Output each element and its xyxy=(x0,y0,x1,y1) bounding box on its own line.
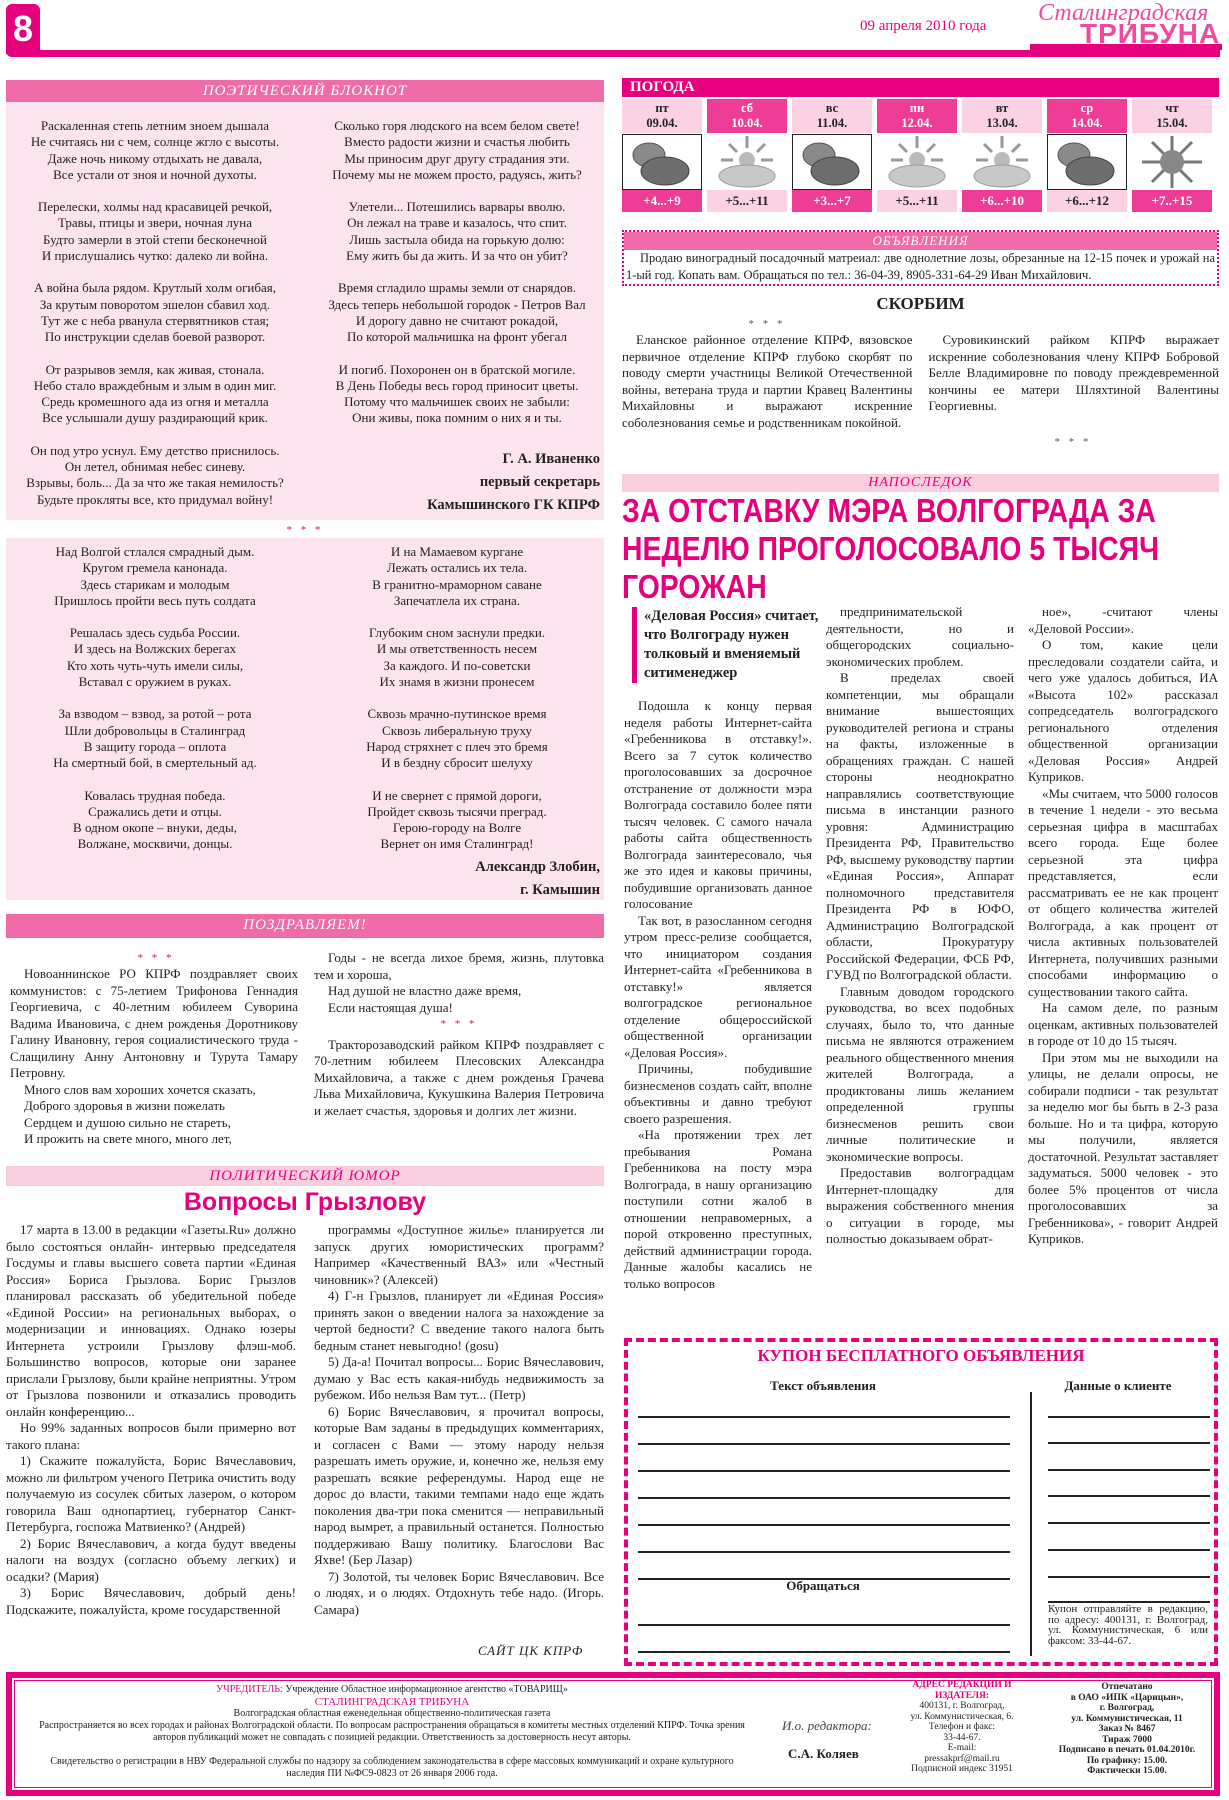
header-rule xyxy=(6,50,1220,57)
weather-temperature: +5...+11 xyxy=(707,190,787,212)
poem-stanza: От разрывов земля, как живая, стонала.Не… xyxy=(10,362,300,427)
address-line: 33-44-67. xyxy=(892,1733,1032,1744)
paragraph: 3) Борис Вячеславович, добрый день! Подс… xyxy=(6,1585,296,1618)
coupon-client-line[interactable] xyxy=(1048,1469,1210,1471)
weather-day-header: вт13.04. xyxy=(962,99,1042,133)
separator-stars: * * * xyxy=(6,524,604,536)
founder-label: УЧРЕДИТЕЛЬ: xyxy=(216,1684,283,1695)
article-column-1: Подошла к концу первая неделя работы Инт… xyxy=(624,698,812,1292)
poem-line: Травы, птицы и звери, ночная луна xyxy=(58,215,252,230)
paragraph: ное», -считают члены «Деловой России». xyxy=(1028,604,1218,637)
poem-stanza: И погиб. Похоронен он в братской могиле.… xyxy=(312,362,602,427)
separator-stars: * * * xyxy=(622,318,912,330)
poem-stanza: Решалась здесь судьба России.И здесь на … xyxy=(10,625,300,690)
section-title-ads: ОБЪЯВЛЕНИЯ xyxy=(624,232,1217,250)
poem-stanza: Ковалась трудная победа.Сражались дети и… xyxy=(10,788,300,853)
poem-line: Пришлось пройти весь путь солдата xyxy=(54,593,256,608)
poem-line: Перелески, холмы над красавицей речкой, xyxy=(38,199,272,214)
poem-line: Решалась здесь судьба России. xyxy=(70,625,240,640)
weather-title: ПОГОДА xyxy=(622,78,1219,97)
paragraph: На самом деле, по разным оценкам, активн… xyxy=(1028,1000,1218,1050)
weekday: чт xyxy=(1132,101,1212,116)
poem-line: И погиб. Похоронен он в братской могиле. xyxy=(339,362,576,377)
poem-line: Шли добровольцы в Сталинград xyxy=(65,723,246,738)
poem-line: Здесь старикам и молодым xyxy=(81,577,230,592)
poem-line: Лежать остались их тела. xyxy=(387,560,527,575)
poem-line: И на Мамаевом кургане xyxy=(391,544,523,559)
verse-line: Годы - не всегда лихое бремя, жизнь, плу… xyxy=(314,950,604,983)
article-headline: ЗА ОТСТАВКУ МЭРА ВОЛГОГРАДА ЗА НЕДЕЛЮ ПР… xyxy=(622,492,1215,606)
verse-line: Над душой не властно даже время, xyxy=(314,983,604,1000)
humor-headline: Вопросы Грызлову xyxy=(6,1188,604,1217)
print-info-line: Тираж 7000 xyxy=(1042,1735,1212,1746)
poem-stanza: Он под утро уснул. Ему детство приснилос… xyxy=(10,443,300,508)
coupon-contact-line[interactable] xyxy=(638,1651,1010,1653)
coupon-note: Купон отправляйте в редакцию, по адресу:… xyxy=(1048,1604,1208,1646)
poem-stanza: И на Мамаевом курганеЛежать остались их … xyxy=(312,544,602,609)
footer-founder: УЧРЕДИТЕЛЬ: Учреждение Областное информа… xyxy=(22,1684,762,1696)
forecast-date: 09.04. xyxy=(622,116,702,131)
poem-stanza: Время сгладило шрамы земли от снарядов.З… xyxy=(312,280,602,345)
section-title-congrats: ПОЗДРАВЛЯЕМ! xyxy=(6,914,604,938)
paragraph: 4) Г-н Грызлов, планирует ли «Единая Рос… xyxy=(314,1288,604,1354)
paragraph: Но 99% заданных вопросов были примерно в… xyxy=(6,1420,296,1453)
poem-line: Тут же с неба рванула стервятников стая; xyxy=(41,313,269,328)
poem-line: Будто замерли в этой степи бесконечной xyxy=(43,232,267,247)
poem-line: Будьте прокляты все, кто придумал войну! xyxy=(37,492,273,507)
congrats-paragraph: Новоаннинское РО КПРФ поздравляет своих … xyxy=(10,966,298,1082)
coupon-contact-line[interactable] xyxy=(638,1624,1010,1626)
poem-line: Их знамя в жизни пронесем xyxy=(379,674,534,689)
poem-line: В одном окопе – внуки, деды, xyxy=(73,820,237,835)
signature-line: Г. А. Иваненко xyxy=(312,448,600,471)
poem-line: Сквозь либеральную труху xyxy=(382,723,532,738)
forecast-date: 14.04. xyxy=(1047,116,1127,131)
poem-line: Даже ночь никому отдыхать не давала, xyxy=(48,151,263,166)
poem-line: Раскаленная степь летним зноем дышала xyxy=(41,118,269,133)
paragraph: В пределах своей компетенции, мы обращал… xyxy=(826,670,1014,984)
partly-cloudy-icon xyxy=(877,134,957,190)
print-info-line: Отпечатано xyxy=(1042,1682,1212,1693)
editor-label: И.о. редактора: xyxy=(782,1718,872,1734)
coupon-text-line[interactable] xyxy=(638,1497,1010,1499)
poem-line: Потому что мальчишек своих не забыли: xyxy=(344,394,570,409)
coupon-text-line[interactable] xyxy=(638,1551,1010,1553)
coupon-title: КУПОН БЕСПЛАТНОГО ОБЪЯВЛЕНИЯ xyxy=(628,1346,1214,1366)
poem-2-signature: Александр Злобин,г. Камышин xyxy=(312,856,600,902)
print-info-line: Подписано в печать 01.04.2010г. xyxy=(1042,1745,1212,1756)
weather-temperature: +6...+10 xyxy=(962,190,1042,212)
paragraph: 17 марта в 13.00 в редакции «Газеты.Ru» … xyxy=(6,1222,296,1420)
humor-left-column: 17 марта в 13.00 в редакции «Газеты.Ru» … xyxy=(6,1222,296,1618)
poem-stanza: А война была рядом. Крутлый холм огибая,… xyxy=(10,280,300,345)
coupon-client-line[interactable] xyxy=(1048,1549,1210,1551)
newspaper-logo: Сталинградская ТРИБУНА xyxy=(1030,2,1222,48)
humor-source: САЙТ ЦК КПРФ xyxy=(478,1643,583,1659)
coupon-client-line[interactable] xyxy=(1048,1495,1210,1497)
poem-line: За взводом – взвод, за ротой – рота xyxy=(58,706,251,721)
signature-line: Камышинского ГК КПРФ xyxy=(312,494,600,517)
weather-temperature: +7..+15 xyxy=(1132,190,1212,212)
separator-stars: * * * xyxy=(928,436,1218,448)
paragraph: Главным доводом городского руководства, … xyxy=(826,984,1014,1166)
poem-line: И здесь на Волжских берегах xyxy=(74,641,236,656)
coupon-client-line[interactable] xyxy=(1048,1522,1210,1524)
paragraph: Предоставив волгоградцам Интернет-площад… xyxy=(826,1165,1014,1248)
poem-line: Глубоким сном заснули предки. xyxy=(369,625,545,640)
footer-paper-name: СТАЛИНГРАДСКАЯ ТРИБУНА xyxy=(22,1696,762,1708)
weather-day-header: сб10.04. xyxy=(707,99,787,133)
poem-stanza: И не свернет с прямой дороги,Пройдет скв… xyxy=(312,788,602,853)
verse-line: И прожить на свете много, много лет, xyxy=(10,1131,298,1148)
coupon-text-line[interactable] xyxy=(638,1443,1010,1445)
paragraph: 5) Да-а! Почитал вопросы... Борис Вячесл… xyxy=(314,1354,604,1404)
forecast-date: 10.04. xyxy=(707,116,787,131)
separator-stars: * * * xyxy=(6,952,306,964)
coupon-client-label: Данные о клиенте xyxy=(1028,1378,1208,1394)
poem-line: В защиту города – оплота xyxy=(84,739,226,754)
poem-1-right: Сколько горя людского на всем белом свет… xyxy=(312,118,602,443)
weather-day-header: пт09.04. xyxy=(622,99,702,133)
poem-line: Кругом гремела канонада. xyxy=(82,560,227,575)
condolence-1: Еланское районное отделение КПРФ, вязовс… xyxy=(622,332,913,431)
poem-stanza: Сквозь мрачно-путинское времяСквозь либе… xyxy=(312,706,602,771)
weekday: пн xyxy=(877,101,957,116)
poem-line: И дорогу давно не считают рокадой, xyxy=(356,313,558,328)
poem-line: В гранитно-мраморном саване xyxy=(372,577,541,592)
founder-name: Учреждение Областное информационное аген… xyxy=(285,1684,568,1695)
poem-2-right: И на Мамаевом курганеЛежать остались их … xyxy=(312,544,602,869)
verse-line: Сердцем и душою сильно не стареть, xyxy=(10,1115,298,1132)
poem-line: Средь кромешного ада из огня и металла xyxy=(41,394,268,409)
weather-day-header: ср14.04. xyxy=(1047,99,1127,133)
poem-line: Все устали от зноя и ночной духоты. xyxy=(53,167,257,182)
weather-day-header: пн12.04. xyxy=(877,99,957,133)
congrats-verse-2: Годы - не всегда лихое бремя, жизнь, плу… xyxy=(314,950,604,1016)
poem-line: Улетели... Потешились варвары вволю. xyxy=(349,199,566,214)
poem-line: Народ стряхнет с плеч это бремя xyxy=(366,739,548,754)
poem-line: Взрывы, боль... Да за что же такая немил… xyxy=(26,475,284,490)
paragraph: Так вот, в разосланном сегодня утром пре… xyxy=(624,913,812,1062)
poem-line: Сколько горя людского на всем белом свет… xyxy=(334,118,580,133)
poem-line: За крутым поворотом эшелон сбавил ход. xyxy=(40,297,270,312)
poem-line: И мы ответственность несем xyxy=(377,641,537,656)
address-line: Телефон и факс: xyxy=(892,1722,1032,1733)
poem-line: И в бездну сбросит шелуху xyxy=(381,755,532,770)
weekday: вс xyxy=(792,101,872,116)
signature-line: Александр Злобин, xyxy=(312,856,600,879)
poem-line: Вставал с оружием в руках. xyxy=(79,674,232,689)
poem-line: Сражались дети и отцы. xyxy=(88,804,222,819)
forecast-date: 13.04. xyxy=(962,116,1042,131)
poem-line: По которой мальчишка на фронт убегал xyxy=(347,329,567,344)
footer-registration: Свидетельство о регистрации в НВУ Федера… xyxy=(32,1756,752,1780)
weather-temperature: +4...+9 xyxy=(622,190,702,212)
paragraph: 2) Борис Вячеславович, а когда будут вве… xyxy=(6,1536,296,1586)
poem-line: Сквозь мрачно-путинское время xyxy=(368,706,547,721)
condolences-body: Еланское районное отделение КПРФ, вязовс… xyxy=(622,332,1219,452)
paragraph: предпринимательской деятельности, но и о… xyxy=(826,604,1014,670)
cloudy-icon xyxy=(792,134,872,190)
poem-line: Ему жить бы да жить. И за что он убит? xyxy=(346,248,568,263)
address-line: 400131, г. Волгоград, xyxy=(892,1701,1032,1712)
poem-2-left: Над Волгой стлался смрадный дым.Кругом г… xyxy=(10,544,300,869)
coupon-text-line[interactable] xyxy=(638,1470,1010,1472)
poem-line: Волжане, москвичи, донцы. xyxy=(78,836,233,851)
print-info-line: в ОАО «ИПК «Царицын», xyxy=(1042,1693,1212,1704)
weather-temperature: +6...+12 xyxy=(1047,190,1127,212)
ads-box: ОБЪЯВЛЕНИЯ Продаю виноградный посадочный… xyxy=(622,230,1219,286)
signature-line: г. Камышин xyxy=(312,879,600,902)
cloudy-icon xyxy=(622,134,702,190)
coupon-client-line[interactable] xyxy=(1048,1442,1210,1444)
address-lines: 400131, г. Волгоград,ул. Коммунистическа… xyxy=(892,1701,1032,1775)
paragraph: При этом мы не выходили на улицы, не дел… xyxy=(1028,1050,1218,1248)
footer-distribution: Распространяется во всех городах и район… xyxy=(22,1720,762,1744)
coupon-divider xyxy=(1030,1392,1032,1656)
print-info-line: ул. Коммунистическая, 11 xyxy=(1042,1714,1212,1725)
poem-line: Они живы, пока помним о них я и ты. xyxy=(352,410,562,425)
poem-1-signature: Г. А. Иваненкопервый секретарьКамышинско… xyxy=(312,448,600,517)
poem-line: Мы приносим друг другу страдания эти. xyxy=(344,151,569,166)
poem-line: Все услышали душу раздирающий крик. xyxy=(42,410,268,425)
article-column-2: предпринимательской деятельности, но и о… xyxy=(826,604,1014,1248)
issue-date: 09 апреля 2010 года xyxy=(860,18,986,35)
poem-1: Раскаленная степь летним зноем дышалаНе … xyxy=(6,102,604,520)
paragraph: О том, какие цели преследовали создатели… xyxy=(1028,637,1218,786)
poem-2: Над Волгой стлался смрадный дым.Кругом г… xyxy=(6,538,604,900)
address-title: АДРЕС РЕДАКЦИИ И ИЗДАТЕЛЯ: xyxy=(892,1680,1032,1701)
paragraph: «На протяжении трех лет пребывания Роман… xyxy=(624,1127,812,1292)
weekday: пт xyxy=(622,101,702,116)
poem-stanza: Сколько горя людского на всем белом свет… xyxy=(312,118,602,183)
poem-line: Вместо радости жизни и счастья любить xyxy=(344,134,570,149)
footer-paper-desc: Волгоградская областная еженедельная общ… xyxy=(22,1708,762,1720)
poem-line: Он под утро уснул. Ему детство приснилос… xyxy=(30,443,279,458)
coupon-text-line[interactable] xyxy=(638,1524,1010,1526)
paragraph: 1) Скажите пожалуйста, Борис Вячеславови… xyxy=(6,1453,296,1536)
forecast-date: 12.04. xyxy=(877,116,957,131)
page-number: 8 xyxy=(6,4,40,54)
poem-stanza: Раскаленная степь летним зноем дышалаНе … xyxy=(10,118,300,183)
poem-line: Он лежал на траве и казалось, что спит. xyxy=(347,215,567,230)
footer-print-info: Отпечатанов ОАО «ИПК «Царицын»,г. Волгог… xyxy=(1042,1682,1212,1777)
paragraph: программы «Доступное жилье» планируется … xyxy=(314,1222,604,1288)
paragraph: Подошла к концу первая неделя работы Инт… xyxy=(624,698,812,913)
weekday: ср xyxy=(1047,101,1127,116)
poem-line: Здесь теперь небольшой городок - Петров … xyxy=(328,297,585,312)
section-title-humor: ПОЛИТИЧЕСКИЙ ЮМОР xyxy=(6,1166,604,1186)
weather-day-header: чт15.04. xyxy=(1132,99,1212,133)
paragraph: Причины, побудившие бизнесменов создать … xyxy=(624,1061,812,1127)
poem-stanza: Над Волгой стлался смрадный дым.Кругом г… xyxy=(10,544,300,609)
poem-stanza: Перелески, холмы над красавицей речкой,Т… xyxy=(10,199,300,264)
congrats-verse: Много слов вам хороших хочется сказать,Д… xyxy=(10,1082,298,1148)
verse-line: Много слов вам хороших хочется сказать, xyxy=(10,1082,298,1099)
poem-line: По инструкции сделав боевой разворот. xyxy=(45,329,265,344)
forecast-date: 15.04. xyxy=(1132,116,1212,131)
condolence-2: Суровикинский райком КПРФ выражает искре… xyxy=(929,332,1220,415)
paragraph: «Мы считаем, что 5000 голосов в течение … xyxy=(1028,786,1218,1001)
print-info-line: г. Волгоград, xyxy=(1042,1703,1212,1714)
verse-line: Доброго здоровья в жизни пожелать xyxy=(10,1098,298,1115)
poem-line: Кто хоть чуть-чуть имели силы, xyxy=(67,658,243,673)
poem-line: Лишь застыла обида на горькую долю: xyxy=(349,232,565,247)
poem-line: И прислушались чутко: далеко ли война. xyxy=(42,248,268,263)
print-info-line: Фактически 15.00. xyxy=(1042,1766,1212,1777)
address-line: pressakprf@mail.ru xyxy=(892,1754,1032,1765)
congrats-right: Годы - не всегда лихое бремя, жизнь, плу… xyxy=(314,950,604,1119)
humor-right-column: программы «Доступное жилье» планируется … xyxy=(314,1222,604,1618)
verse-line: Если настоящая душа! xyxy=(314,1000,604,1017)
condolences-title: СКОРБИМ xyxy=(622,294,1219,314)
poem-line: Почему мы не можем просто, радуясь, жить… xyxy=(332,167,582,182)
weather-temperature: +5...+11 xyxy=(877,190,957,212)
print-info-line: Заказ № 8467 xyxy=(1042,1724,1212,1735)
poem-line: За каждого. И по-советски xyxy=(384,658,531,673)
separator-stars: * * * xyxy=(314,1016,604,1033)
paragraph: 7) Золотой, ты человек Борис Вячеславови… xyxy=(314,1569,604,1619)
section-title-poetry: ПОЭТИЧЕСКИЙ БЛОКНОТ xyxy=(6,80,604,102)
congrats-left: Новоаннинское РО КПРФ поздравляет своих … xyxy=(10,966,298,1148)
footer-address: АДРЕС РЕДАКЦИИ И ИЗДАТЕЛЯ: 400131, г. Во… xyxy=(892,1680,1032,1775)
partly-cloudy-icon xyxy=(707,134,787,190)
paragraph: 6) Борис Вячеславович, я прочитал вопрос… xyxy=(314,1404,604,1569)
weather-temperature: +3...+7 xyxy=(792,190,872,212)
poem-line: Герою-городу на Волге xyxy=(393,820,521,835)
poem-line: Небо стало враждебным и злым в один миг. xyxy=(34,378,276,393)
editor-name: С.А. Коляев xyxy=(788,1746,859,1762)
partly-cloudy-icon xyxy=(962,134,1042,190)
poem-stanza: Глубоким сном заснули предки.И мы ответс… xyxy=(312,625,602,690)
free-ad-coupon: КУПОН БЕСПЛАТНОГО ОБЪЯВЛЕНИЯ Текст объяв… xyxy=(624,1338,1218,1666)
footer-imprint: УЧРЕДИТЕЛЬ: Учреждение Областное информа… xyxy=(6,1672,1220,1796)
print-info-line: По графику: 15.00. xyxy=(1042,1756,1212,1767)
poem-line: Над Волгой стлался смрадный дым. xyxy=(56,544,255,559)
poem-1-left: Раскаленная степь летним зноем дышалаНе … xyxy=(10,118,300,524)
coupon-text-line[interactable] xyxy=(638,1416,1010,1418)
poem-line: От разрывов земля, как живая, стонала. xyxy=(46,362,265,377)
poem-line: На смертный бой, в смертельный ад. xyxy=(53,755,257,770)
poem-line: Он летел, обнимая небес синеву. xyxy=(65,459,245,474)
poem-line: В День Победы весь город приносит цветы. xyxy=(336,378,579,393)
forecast-date: 11.04. xyxy=(792,116,872,131)
article-column-3: ное», -считают члены «Деловой России».О … xyxy=(1028,604,1218,1248)
logo-underline xyxy=(1030,44,1222,50)
poem-line: А война была рядом. Крутлый холм огибая, xyxy=(34,280,276,295)
poem-stanza: За взводом – взвод, за ротой – ротаШли д… xyxy=(10,706,300,771)
congrats-paragraph-2: Тракторозаводский райком КПРФ поздравляе… xyxy=(314,1037,604,1120)
ad-text: Продаю виноградный посадочный матреиал: … xyxy=(624,250,1217,284)
address-line: ул. Коммунистическая, 6. xyxy=(892,1712,1032,1723)
coupon-client-line[interactable] xyxy=(1048,1576,1210,1578)
address-line: E-mail: xyxy=(892,1743,1032,1754)
poem-line: Ковалась трудная победа. xyxy=(84,788,225,803)
poem-line: Запечатлела их страна. xyxy=(394,593,520,608)
poem-stanza: Улетели... Потешились варвары вволю.Он л… xyxy=(312,199,602,264)
poem-line: И не свернет с прямой дороги, xyxy=(372,788,541,803)
poem-line: Вернет он имя Сталинград! xyxy=(381,836,534,851)
cloudy-icon xyxy=(1047,134,1127,190)
article-lead: «Деловая Россия» считает, что Волгограду… xyxy=(632,607,827,683)
sun-icon xyxy=(1132,134,1212,190)
weekday: вт xyxy=(962,101,1042,116)
coupon-text-label: Текст объявления xyxy=(638,1378,1008,1394)
poem-line: Не считаясь ни с чем, солнце жгло с высо… xyxy=(31,134,279,149)
weather-day-header: вс11.04. xyxy=(792,99,872,133)
poem-line: Пройдет сквозь тысячи преград. xyxy=(367,804,546,819)
coupon-client-line[interactable] xyxy=(1048,1416,1210,1418)
signature-line: первый секретарь xyxy=(312,471,600,494)
weekday: сб xyxy=(707,101,787,116)
section-title-article: НАПОСЛЕДОК xyxy=(622,474,1219,492)
coupon-contact-label: Обращаться xyxy=(638,1578,1008,1594)
address-line: Подписной индекс 31951 xyxy=(892,1764,1032,1775)
poem-line: Время сгладило шрамы земли от снарядов. xyxy=(338,280,576,295)
